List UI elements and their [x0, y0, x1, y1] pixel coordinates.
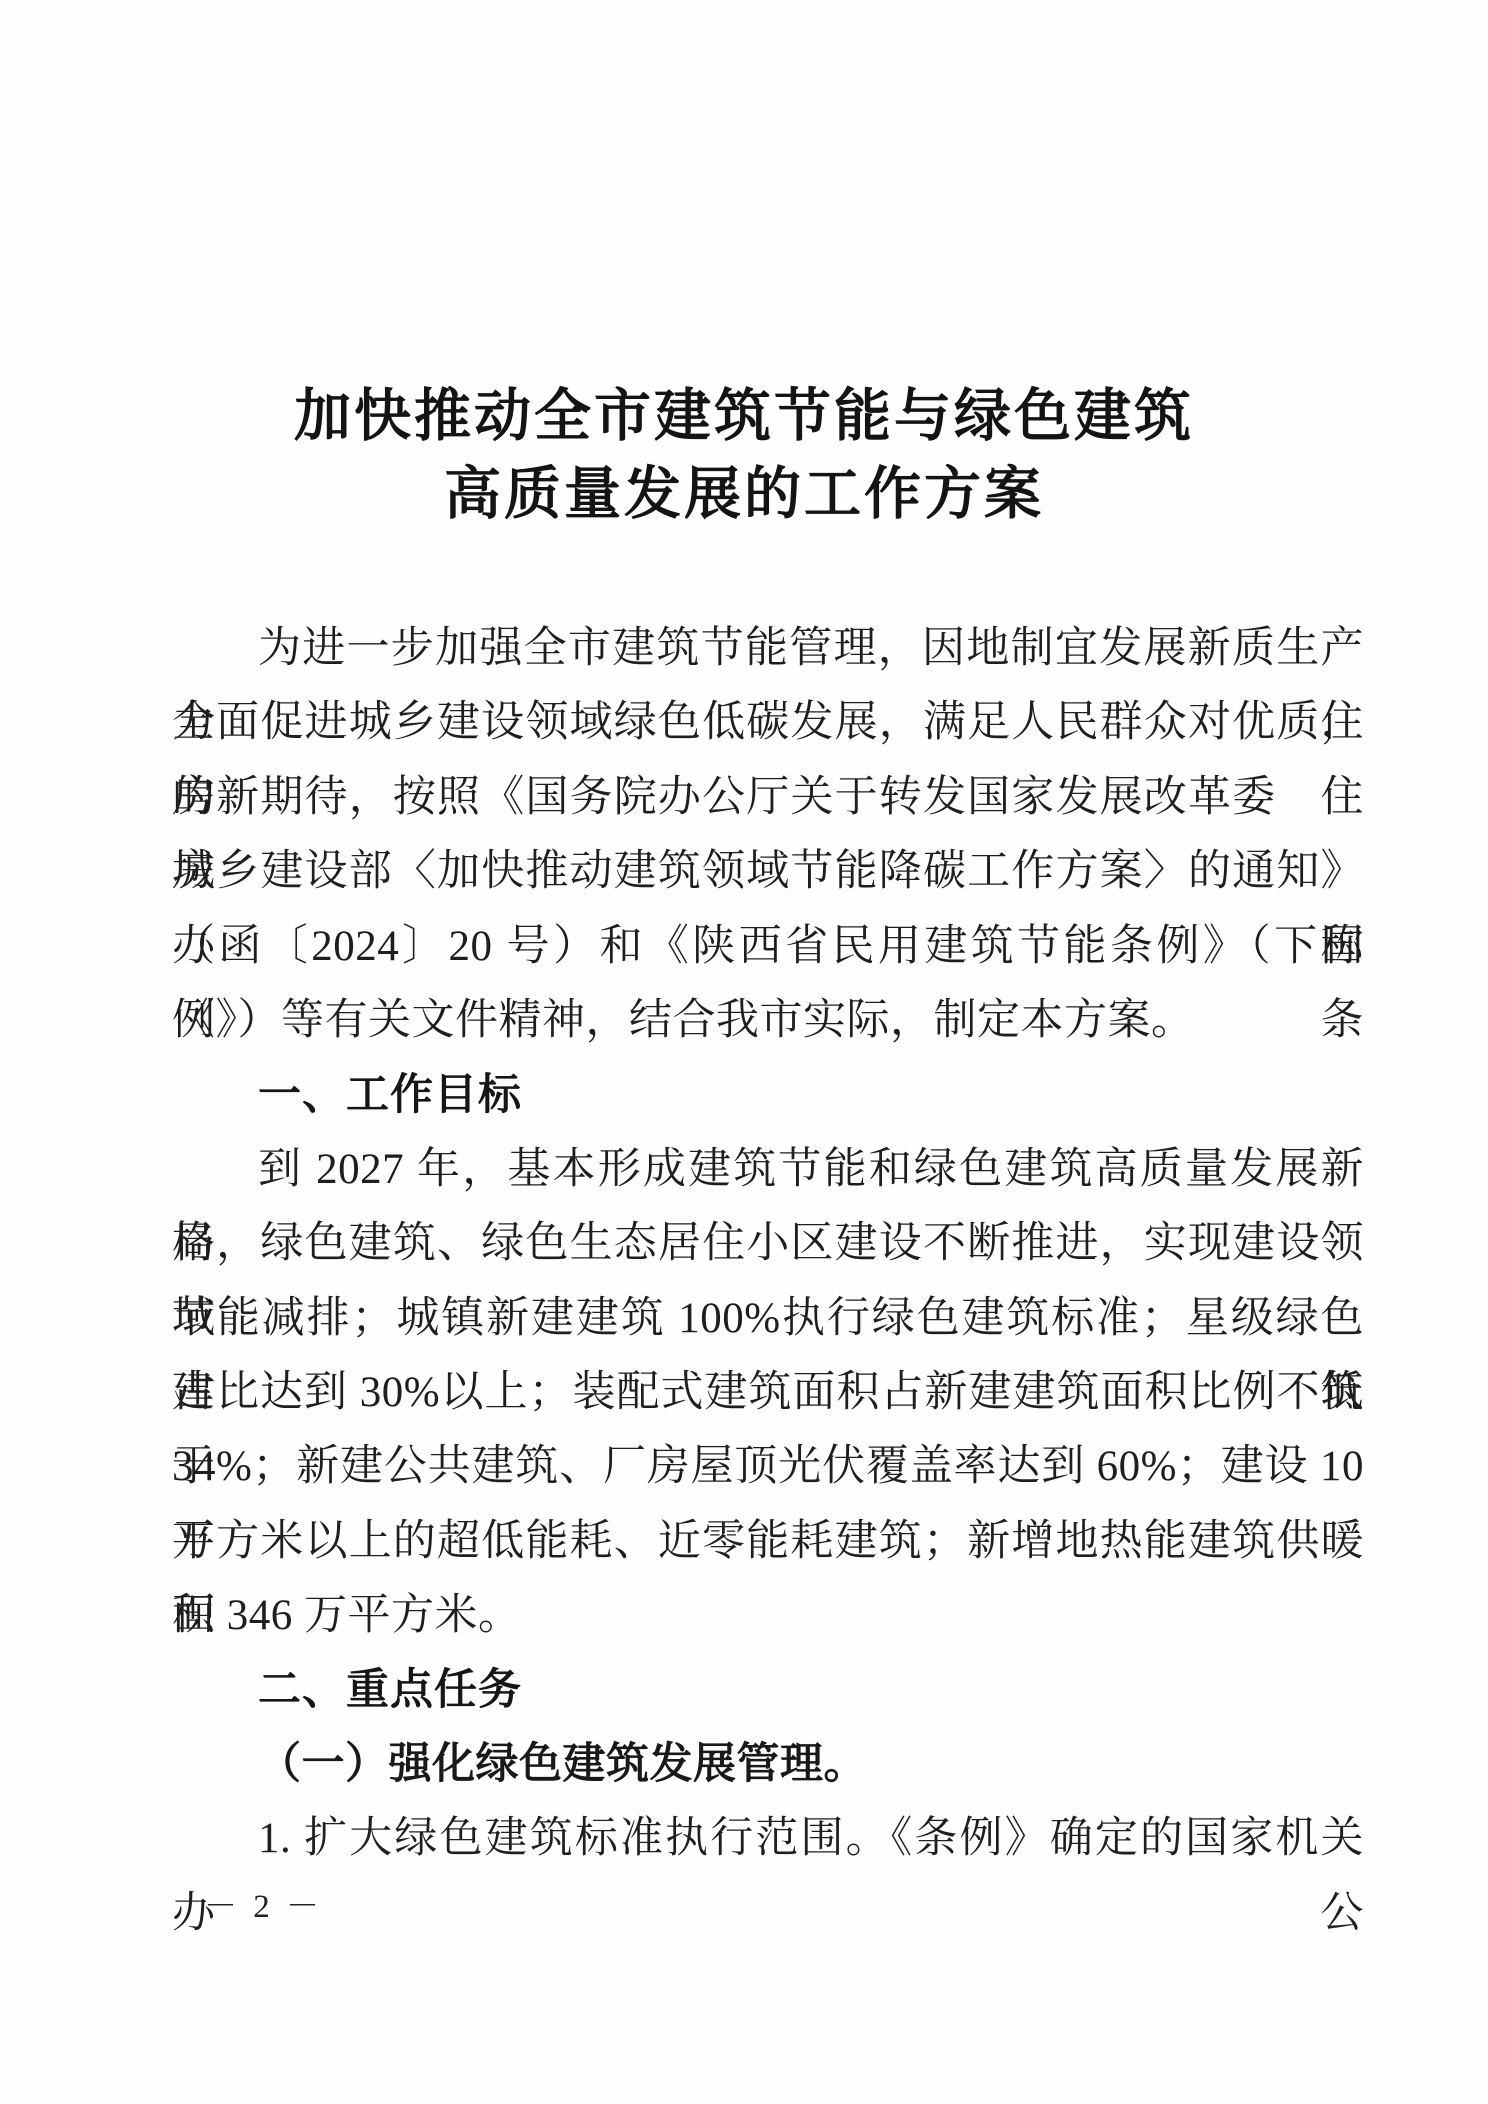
- body-line: 占比达到 30%以上；装配式建筑面积占新建建筑面积比例不低于: [172, 1356, 1364, 1430]
- sub-section-heading: （一）强化绿色建筑发展管理。: [172, 1728, 1364, 1802]
- document-title: 加快推动全市建筑节能与绿色建筑 高质量发展的工作方案: [54, 378, 1434, 534]
- document-page: 加快推动全市建筑节能与绿色建筑 高质量发展的工作方案 为进一步加强全市建筑节能管…: [0, 0, 1488, 2104]
- document-title-line-1: 加快推动全市建筑节能与绿色建筑: [54, 378, 1434, 456]
- document-body: 为进一步加强全市建筑节能管理，因地制宜发展新质生产力，全面促进城乡建设领域绿色低…: [172, 612, 1364, 1877]
- body-line: 1. 扩大绿色建筑标准执行范围。《条例》确定的国家机关办公: [172, 1802, 1364, 1876]
- body-line: 城乡建设部〈加快推动建筑领域节能降碳工作方案〉的通知》（国: [172, 835, 1364, 909]
- body-line: 到 2027 年，基本形成建筑节能和绿色建筑高质量发展新格: [172, 1133, 1364, 1207]
- page-number: － 2 －: [204, 1880, 323, 1927]
- body-line: 34%；新建公共建筑、厂房屋顶光伏覆盖率达到 60%；建设 10 万: [172, 1430, 1364, 1504]
- body-line: 办函〔2024〕20 号）和《陕西省民用建筑节能条例》（下称《条: [172, 910, 1364, 984]
- body-line: 为进一步加强全市建筑节能管理，因地制宜发展新质生产力，: [172, 612, 1364, 686]
- body-line: 积 346 万平方米。: [172, 1579, 1364, 1653]
- body-line: 平方米以上的超低能耗、近零能耗建筑；新增地热能建筑供暖面: [172, 1505, 1364, 1579]
- body-line: 局，绿色建筑、绿色生态居住小区建设不断推进，实现建设领域: [172, 1207, 1364, 1281]
- section-heading: 二、重点任务: [172, 1653, 1364, 1727]
- body-line: 节能减排；城镇新建建筑 100%执行绿色建筑标准；星级绿色建筑: [172, 1282, 1364, 1356]
- body-line: 全面促进城乡建设领域绿色低碳发展，满足人民群众对优质住房: [172, 686, 1364, 760]
- body-line: 例》）等有关文件精神，结合我市实际，制定本方案。: [172, 984, 1364, 1058]
- body-line: 的新期待，按照《国务院办公厅关于转发国家发展改革委 住房: [172, 761, 1364, 835]
- section-heading: 一、工作目标: [172, 1058, 1364, 1132]
- document-title-line-2: 高质量发展的工作方案: [54, 456, 1434, 534]
